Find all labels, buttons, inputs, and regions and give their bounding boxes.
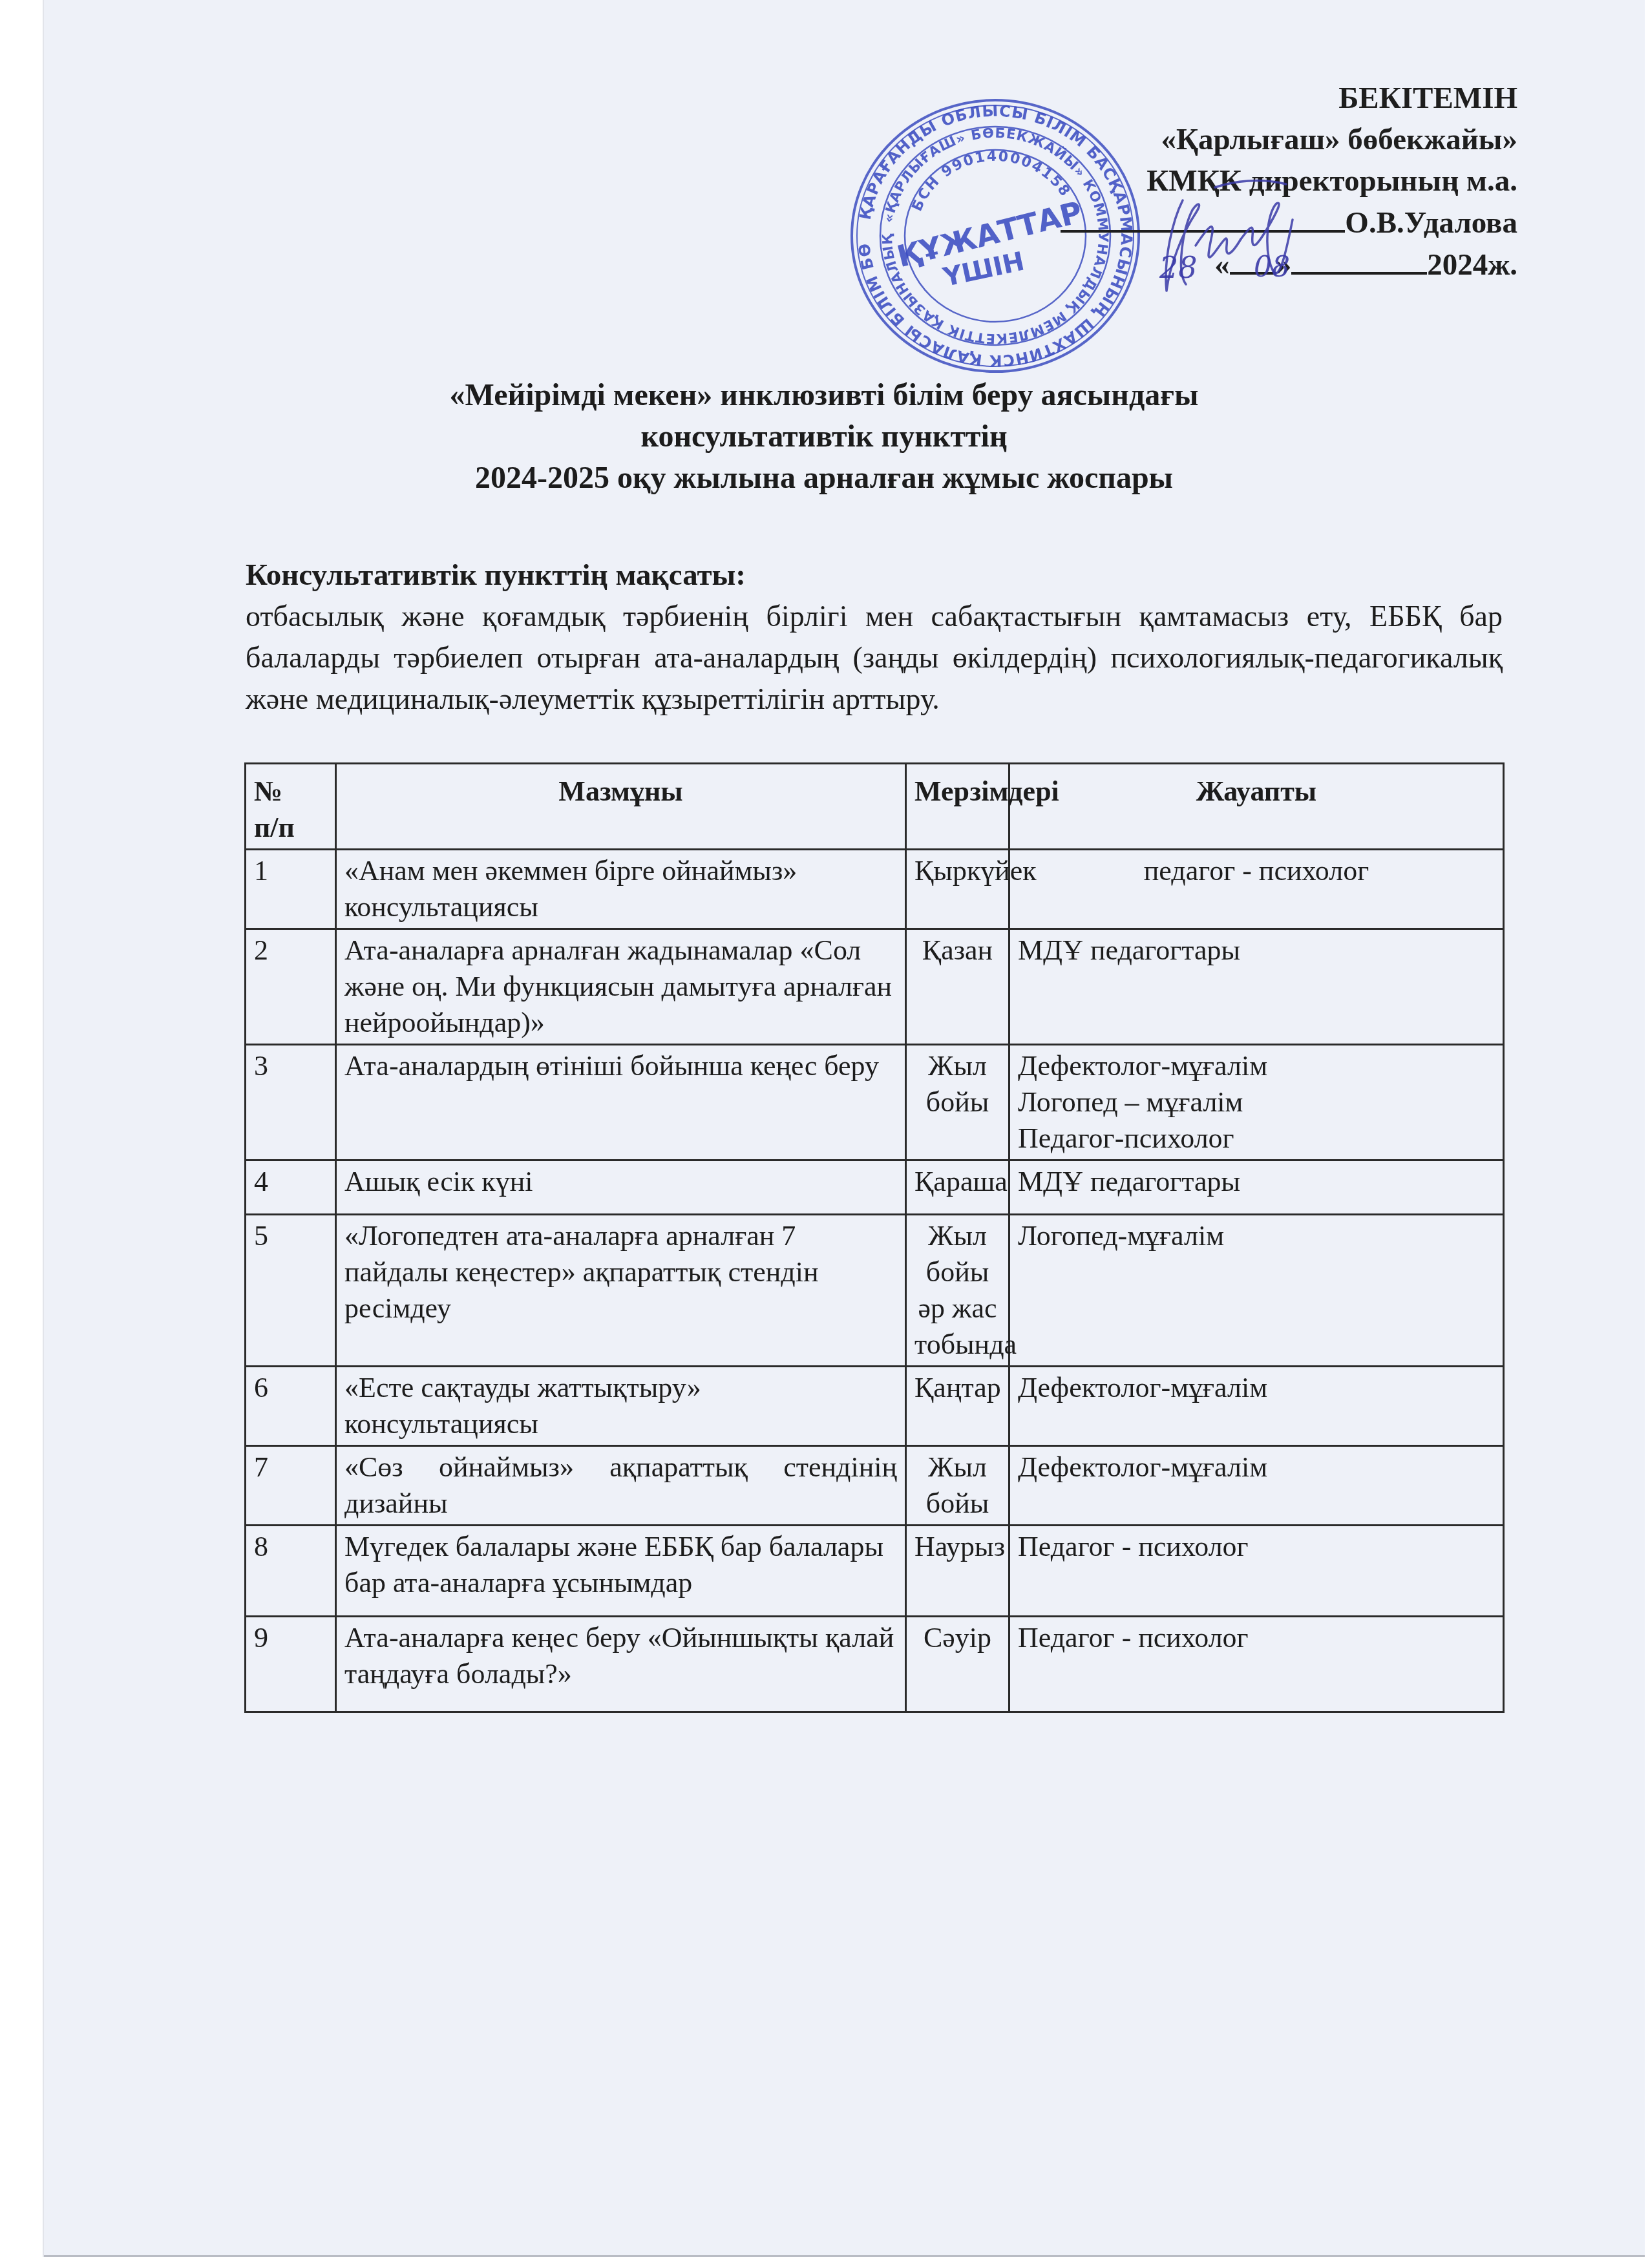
row-responsible: МДҰ педагогтары xyxy=(1009,1160,1504,1215)
row-period: Сәуір xyxy=(906,1617,1009,1712)
table-row: 4 Ашық есік күні Қараша МДҰ педагогтары xyxy=(246,1160,1504,1215)
table-row: 2 Ата-аналарға арналған жадынамалар «Сол… xyxy=(246,929,1504,1045)
table-row: 7 «Сөз ойнаймыз» ақпараттық стендінің ди… xyxy=(246,1446,1504,1526)
row-period: Жыл бойыәр жастобында xyxy=(906,1215,1009,1367)
approval-heading: БЕКІТЕМІН xyxy=(1061,78,1517,119)
row-responsible: педагог - психолог xyxy=(1009,850,1504,929)
row-responsible: Педагог - психолог xyxy=(1009,1526,1504,1617)
purpose-heading: Консультативтік пункттің мақсаты: xyxy=(246,554,1503,596)
row-number: 4 xyxy=(246,1160,336,1215)
row-content: Ата-аналарға арналған жадынамалар «Сол ж… xyxy=(336,929,906,1045)
purpose-section: Консультативтік пункттің мақсаты: отбасы… xyxy=(246,554,1503,720)
row-responsible: Педагог - психолог xyxy=(1009,1617,1504,1712)
row-period: Қараша xyxy=(906,1160,1009,1215)
row-number: 8 xyxy=(246,1526,336,1617)
table-row: 1 «Анам мен әкеммен бірге ойнаймыз» конс… xyxy=(246,850,1504,929)
purpose-text: отбасылық және қоғамдық тәрбиенің бірліг… xyxy=(246,596,1503,720)
table-header-row: № п/п Мазмұны Мерзімдері Жауапты xyxy=(246,764,1504,850)
row-content: «Логопедтен ата-аналарға арналған 7 пайд… xyxy=(336,1215,906,1367)
table-row: 9 Ата-аналарға кеңес беру «Ойыншықты қал… xyxy=(246,1617,1504,1712)
row-responsible: Логопед-мұғалім xyxy=(1009,1215,1504,1367)
header-content: Мазмұны xyxy=(336,764,906,850)
row-period: Қаңтар xyxy=(906,1367,1009,1446)
approver-name: О.В.Удалова xyxy=(1345,206,1517,240)
row-content: Ата-аналардың өтініші бойынша кеңес беру xyxy=(336,1045,906,1160)
row-responsible: МДҰ педагогтары xyxy=(1009,929,1504,1045)
row-period: Қыркүйек xyxy=(906,850,1009,929)
table-row: 3 Ата-аналардың өтініші бойынша кеңес бе… xyxy=(246,1045,1504,1160)
row-content: «Анам мен әкеммен бірге ойнаймыз» консул… xyxy=(336,850,906,929)
row-responsible: Дефектолог-мұғалім xyxy=(1009,1446,1504,1526)
row-number: 1 xyxy=(246,850,336,929)
work-plan-table: № п/п Мазмұны Мерзімдері Жауапты 1 «Анам… xyxy=(244,762,1505,1713)
title-line-1: «Мейірімді мекен» инклюзивті білім беру … xyxy=(0,375,1648,416)
handwritten-date: 28 08 xyxy=(1157,244,1325,289)
row-responsible: Дефектолог-мұғалімЛогопед – мұғалімПедаг… xyxy=(1009,1045,1504,1160)
row-content: Мүгедек балалары және ЕББҚ бар балалары … xyxy=(336,1526,906,1617)
row-number: 2 xyxy=(246,929,336,1045)
document-title: «Мейірімді мекен» инклюзивті білім беру … xyxy=(0,375,1648,499)
row-number: 3 xyxy=(246,1045,336,1160)
row-period: Наурыз xyxy=(906,1526,1009,1617)
row-content: Ашық есік күні xyxy=(336,1160,906,1215)
row-responsible: Дефектолог-мұғалім xyxy=(1009,1367,1504,1446)
row-number: 6 xyxy=(246,1367,336,1446)
approval-organization: «Қарлығаш» бөбекжайы» xyxy=(1061,119,1517,160)
title-line-3: 2024-2025 оқу жылына арналған жұмыс жосп… xyxy=(0,457,1648,499)
row-content: «Сөз ойнаймыз» ақпараттық стендінің диза… xyxy=(336,1446,906,1526)
header-number: № п/п xyxy=(246,764,336,850)
row-content: Ата-аналарға кеңес беру «Ойыншықты қалай… xyxy=(336,1617,906,1712)
row-period: Қазан xyxy=(906,929,1009,1045)
date-month-handwritten: 08 xyxy=(1254,251,1290,284)
table-row: 8 Мүгедек балалары және ЕББҚ бар балалар… xyxy=(246,1526,1504,1617)
row-number: 7 xyxy=(246,1446,336,1526)
header-period: Мерзімдері xyxy=(906,764,1009,850)
date-day-handwritten: 28 xyxy=(1159,250,1198,285)
title-line-2: консультативтік пункттің xyxy=(0,416,1648,457)
date-year: 2024ж. xyxy=(1427,248,1517,282)
row-period: Жыл бойы xyxy=(906,1045,1009,1160)
table-row: 5 «Логопедтен ата-аналарға арналған 7 па… xyxy=(246,1215,1504,1367)
header-responsible: Жауапты xyxy=(1009,764,1504,850)
row-content: «Есте сақтауды жаттықтыру» консультацияс… xyxy=(336,1367,906,1446)
row-number: 9 xyxy=(246,1617,336,1712)
row-number: 5 xyxy=(246,1215,336,1367)
table-row: 6 «Есте сақтауды жаттықтыру» консультаци… xyxy=(246,1367,1504,1446)
row-period: Жыл бойы xyxy=(906,1446,1009,1526)
